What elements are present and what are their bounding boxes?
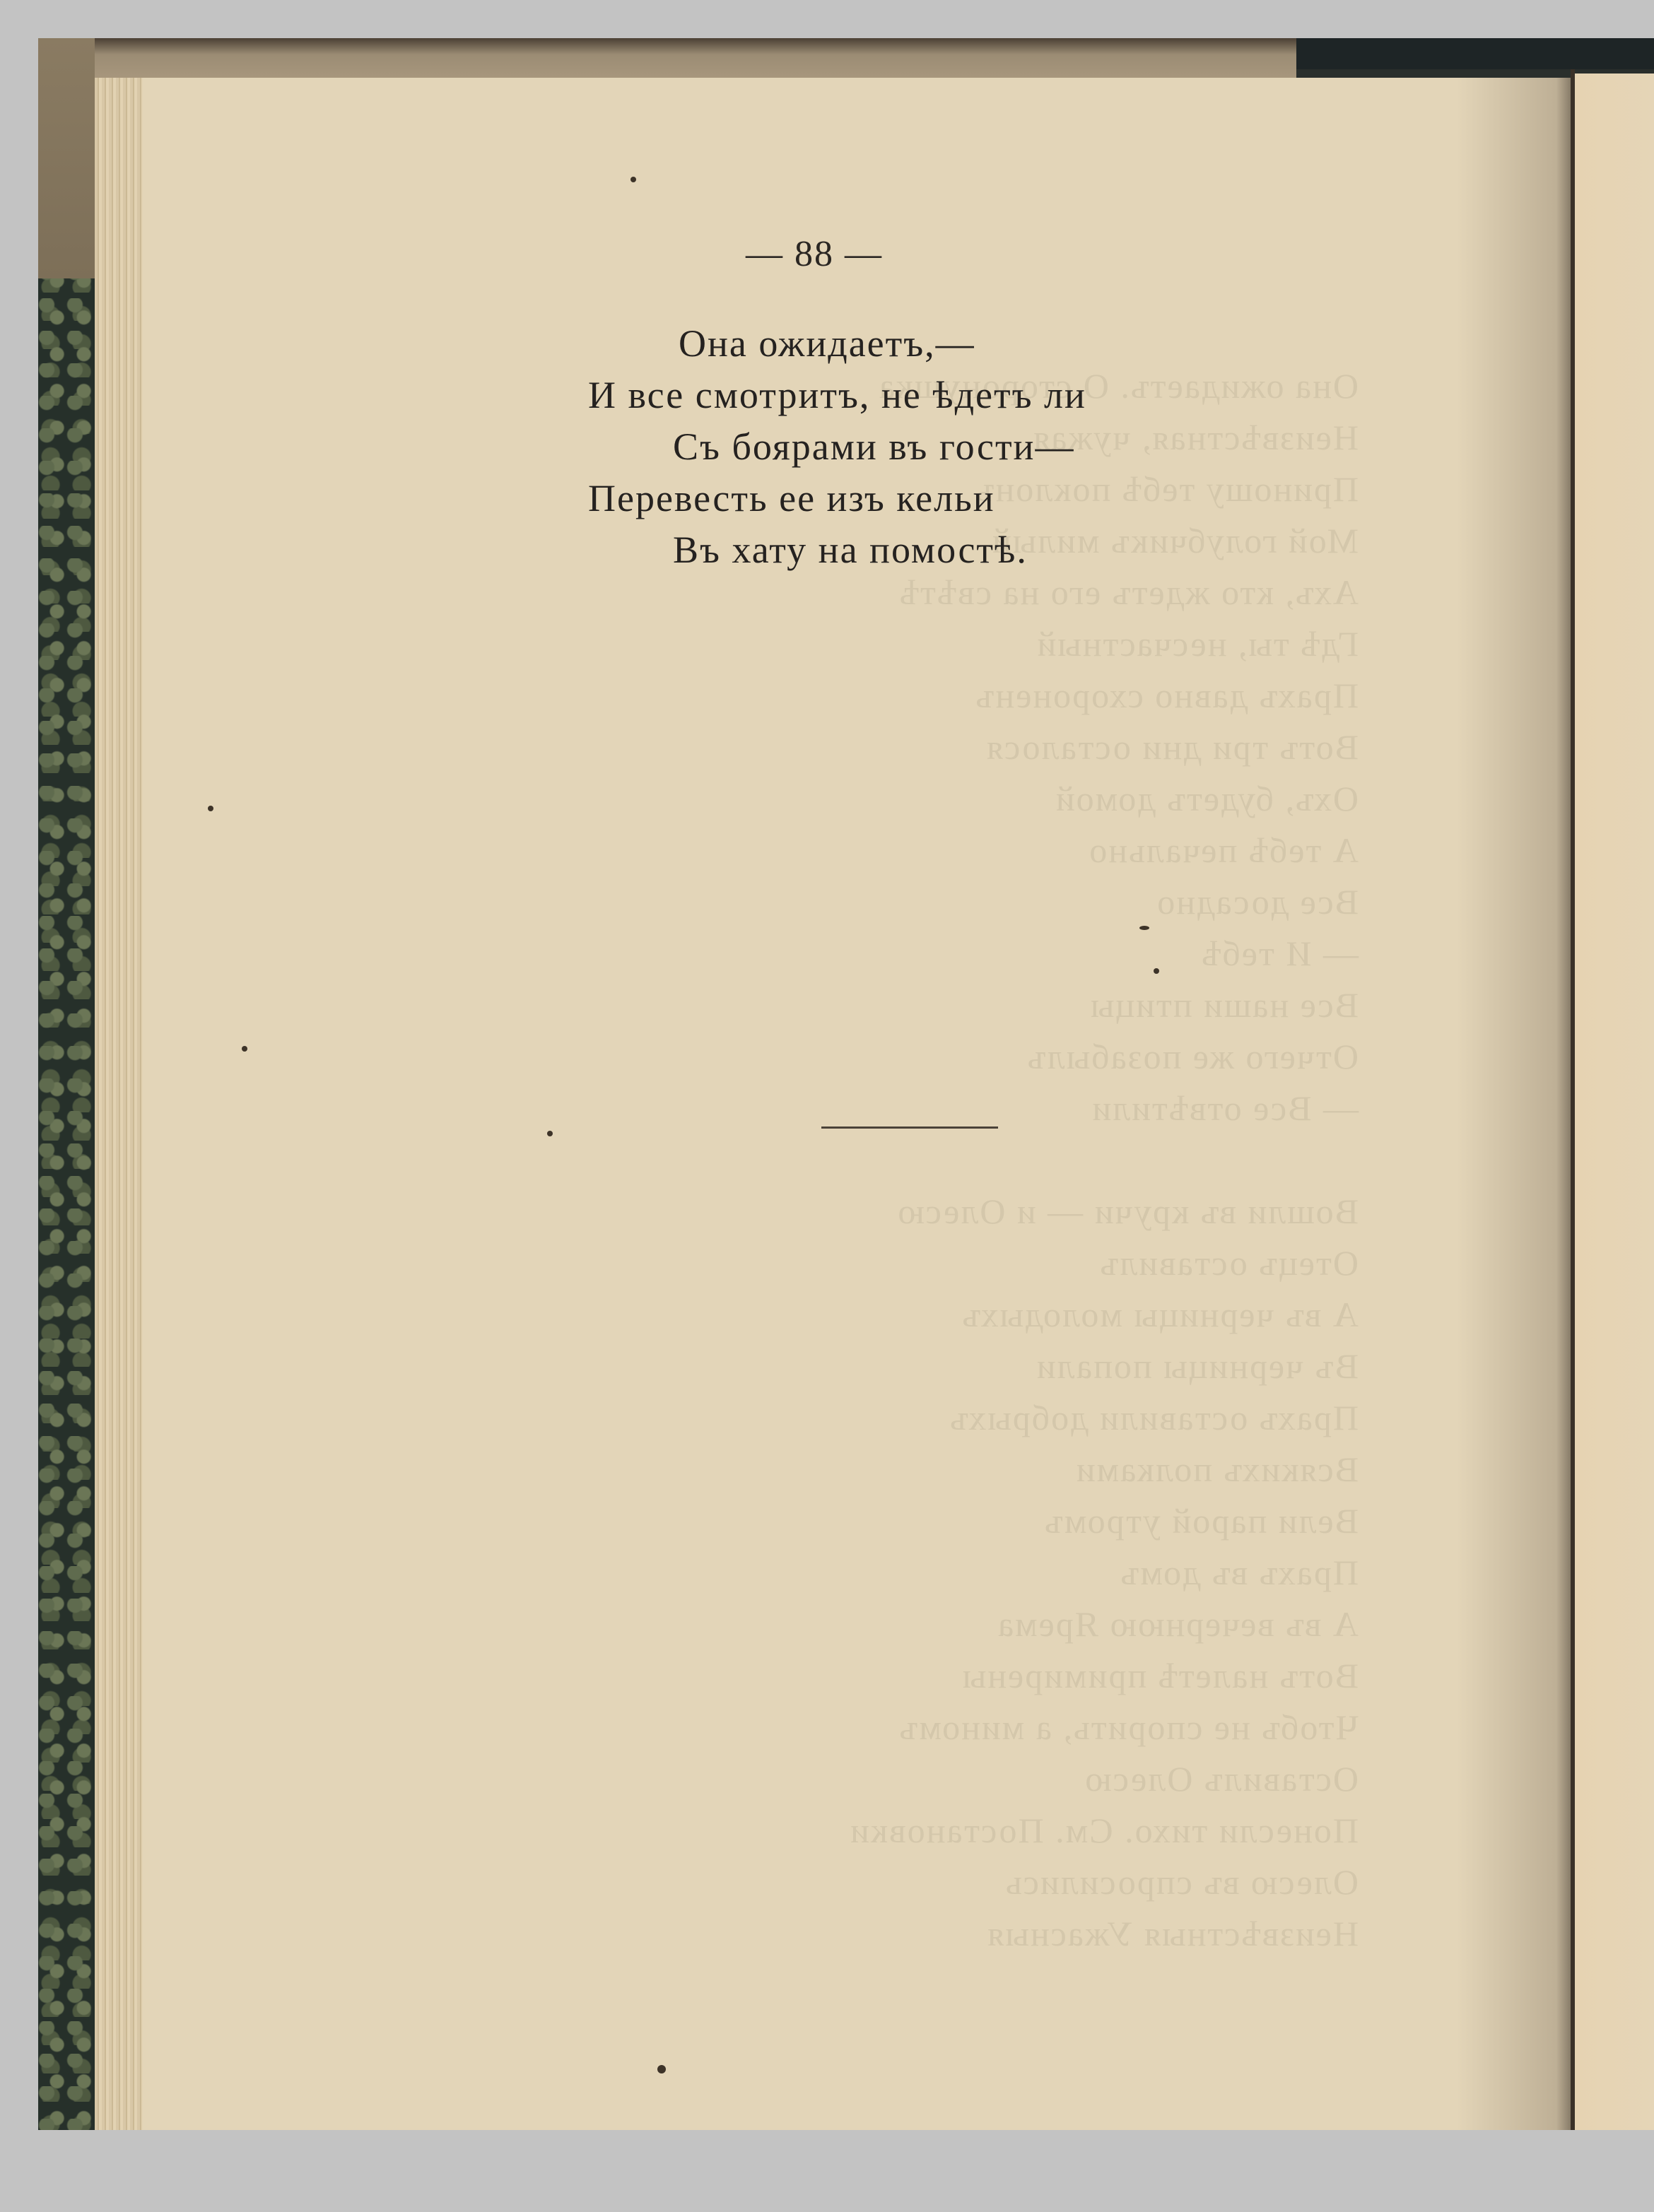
marbled-cover-edge <box>38 38 95 2130</box>
paper-speck <box>657 2065 666 2073</box>
top-binding-edge <box>95 38 1296 79</box>
poem-line: Перевесть ее изъ кельи <box>588 473 1086 524</box>
left-page: Она ожидаетъ. О сторонушка Неизвѣстная, … <box>143 78 1571 2130</box>
poem-line: Съ боярами въ гости— <box>588 421 1086 473</box>
poem-line: Она ожидаетъ,— <box>588 318 1086 370</box>
page-number: — 88 — <box>100 233 1528 275</box>
poem-line: Въ хату на помостѣ. <box>588 524 1086 576</box>
book-scan: Она ожидаетъ. О сторонушка Неизвѣстная, … <box>38 38 1654 2130</box>
paper-speck <box>547 1131 553 1136</box>
page-stack-edges <box>95 78 144 2130</box>
section-divider <box>821 1126 998 1129</box>
poem-line: И все смотритъ, не ѣдетъ ли <box>588 370 1086 421</box>
paper-speck <box>1154 968 1159 974</box>
paper-speck <box>630 177 636 182</box>
poem-stanza: Она ожидаетъ,— И все смотритъ, не ѣдетъ … <box>588 318 1086 576</box>
right-page-edge <box>1575 73 1654 2130</box>
paper-speck <box>1139 926 1149 930</box>
top-dark-edge <box>1296 38 1654 69</box>
paper-speck <box>208 806 213 811</box>
show-through-text: Она ожидаетъ. О сторонушка Неизвѣстная, … <box>595 360 1359 1960</box>
paper-speck <box>242 1046 247 1052</box>
